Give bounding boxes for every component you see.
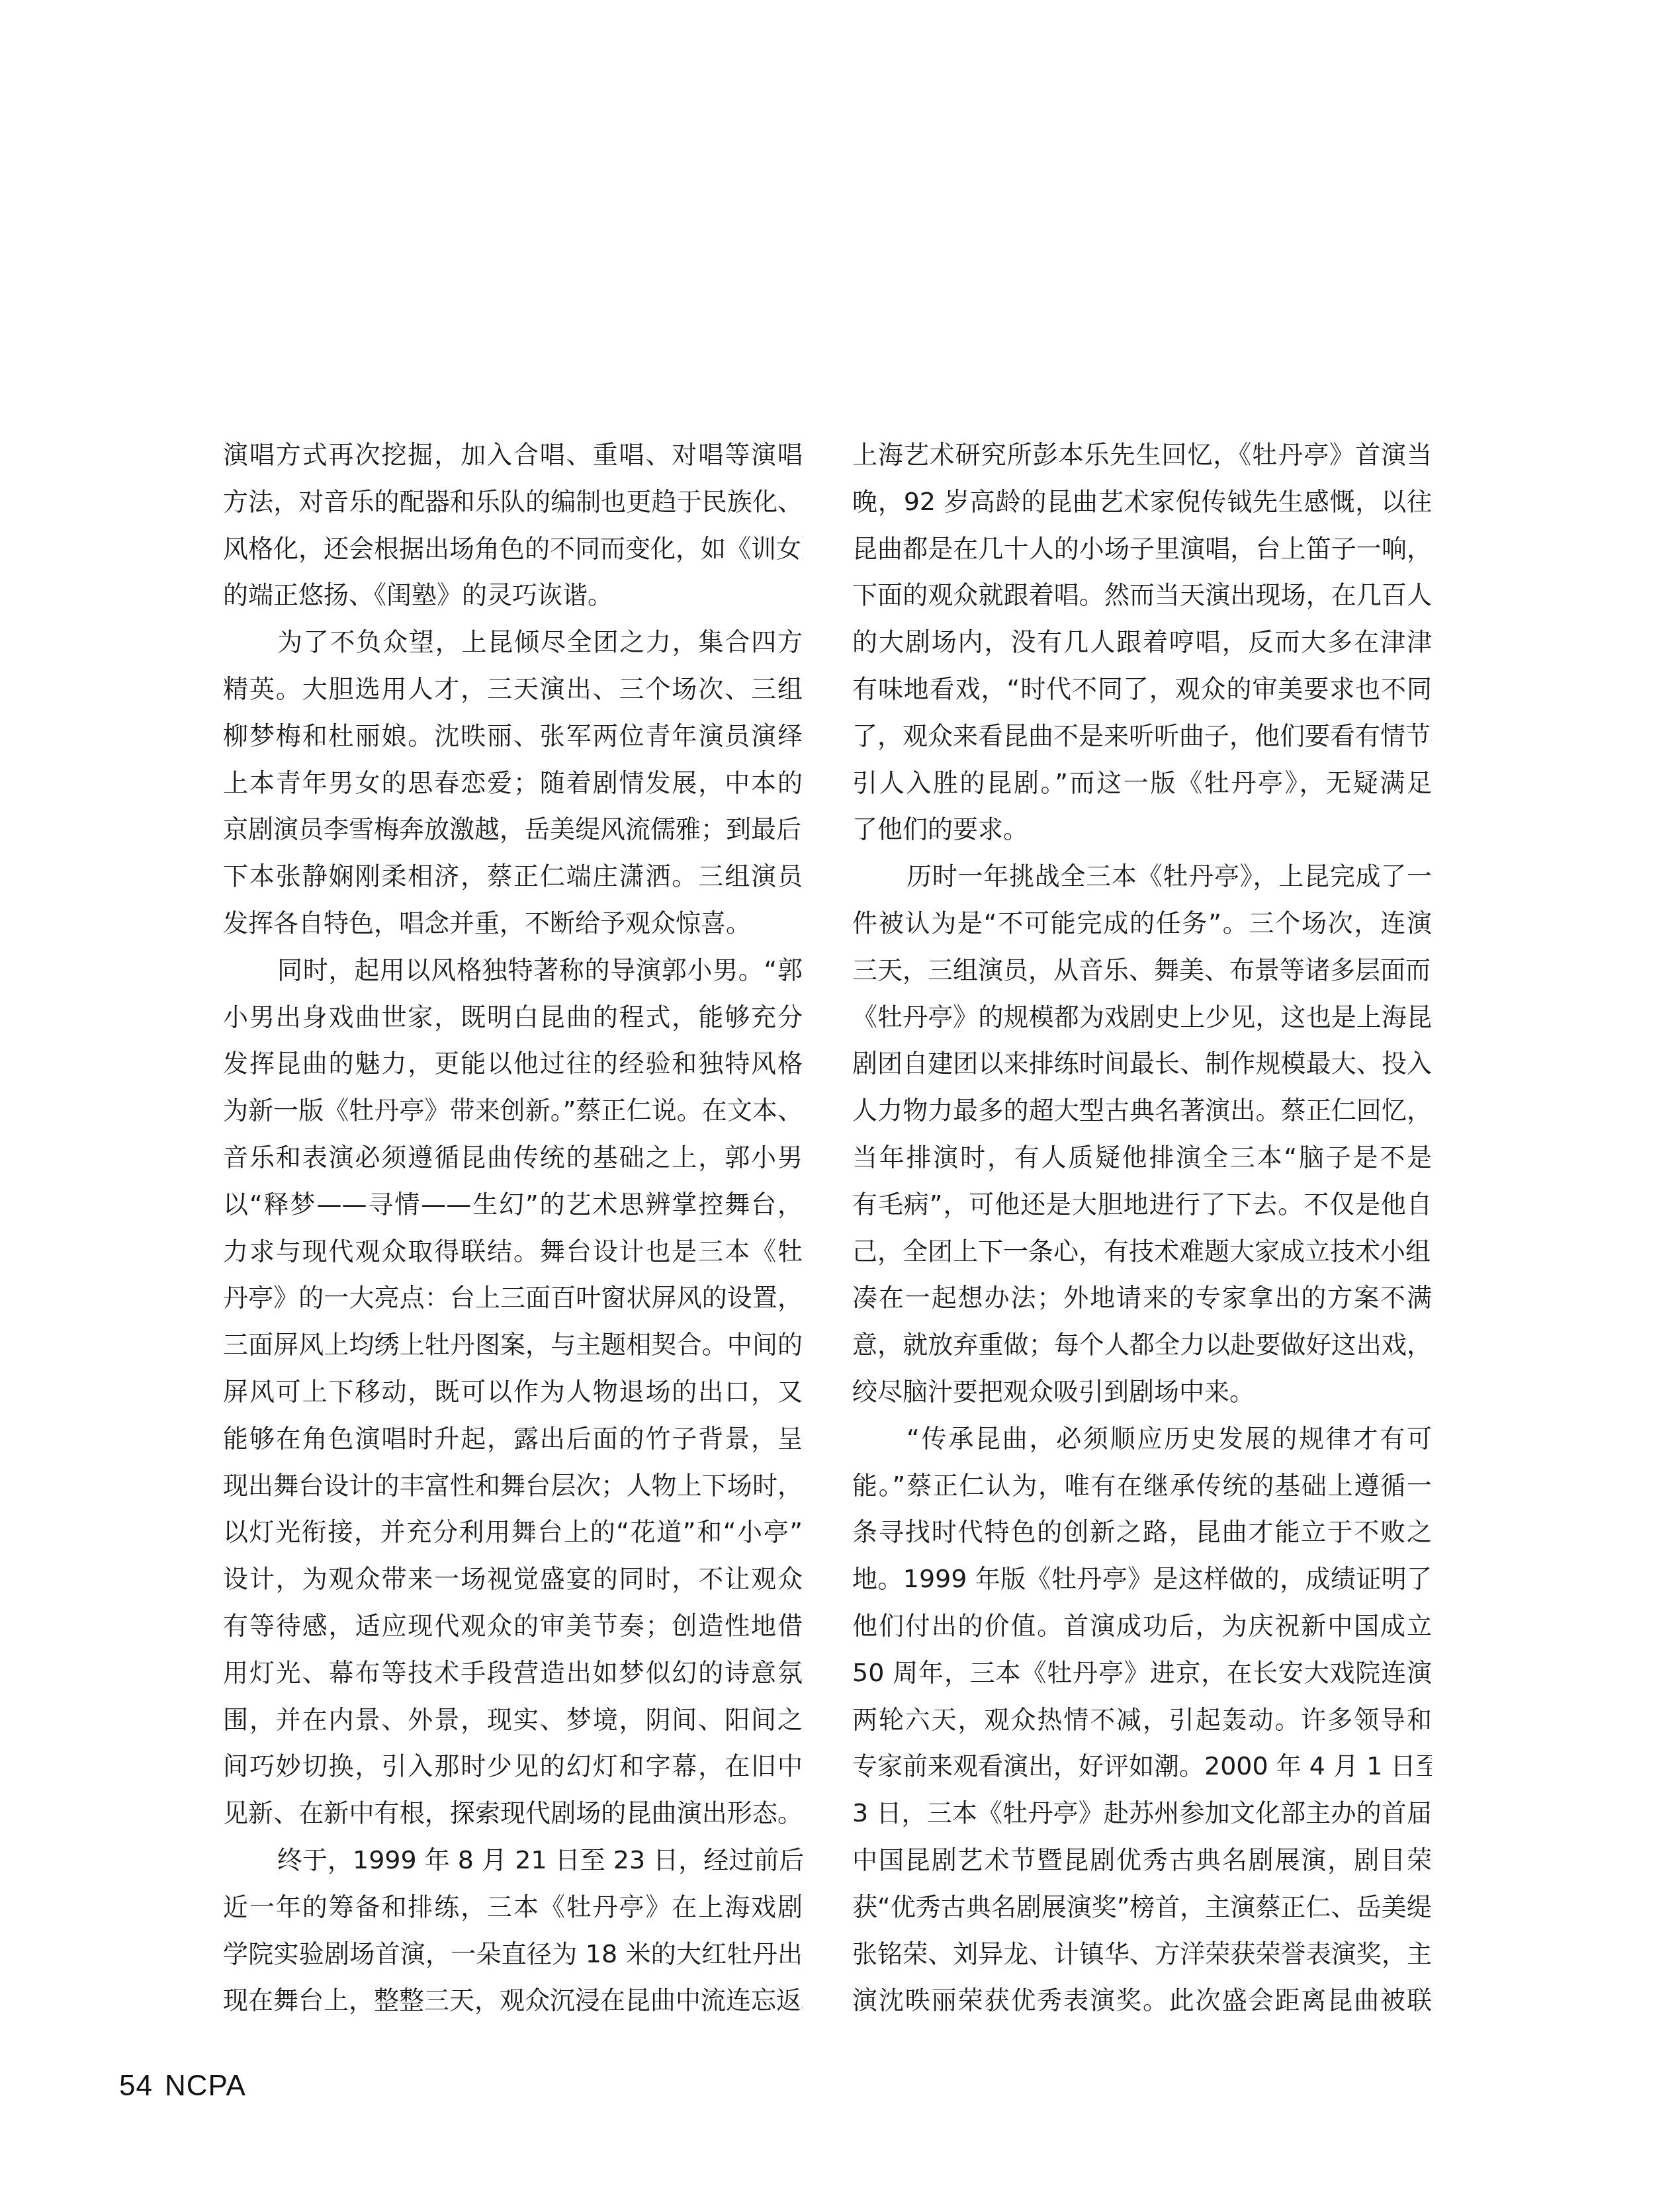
text-line: 精英。大胆选用人才，三天演出、三个场次、三组 xyxy=(223,666,803,713)
text-line: 晚，92 岁高龄的昆曲艺术家倪传钺先生感慨，以往 xyxy=(852,478,1432,525)
text-line: 为了不负众望，上昆倾尽全团之力，集合四方 xyxy=(223,619,803,666)
text-line: 柳梦梅和杜丽娘。沈昳丽、张军两位青年演员演绎 xyxy=(223,713,803,760)
text-line: 当年排演时，有人质疑他排演全三本“脑子是不是 xyxy=(852,1134,1432,1181)
page-number: 54 xyxy=(119,2070,153,2102)
text-line: 3 日，三本《牡丹亭》赴苏州参加文化部主办的首届 xyxy=(852,1790,1432,1837)
text-line: 用灯光、幕布等技术手段营造出如梦似幻的诗意氛 xyxy=(223,1649,803,1696)
text-line: 中国昆剧艺术节暨昆剧优秀古典名剧展演，剧目荣 xyxy=(852,1837,1432,1884)
text-line: 京剧演员李雪梅奔放激越，岳美缇风流儒雅；到最后， xyxy=(223,806,803,853)
text-line: 剧团自建团以来排练时间最长、制作规模最大、投入 xyxy=(852,1040,1432,1087)
text-line: 他们付出的价值。首演成功后，为庆祝新中国成立 xyxy=(852,1602,1432,1649)
text-line: 引人入胜的昆剧。”而这一版《牡丹亭》，无疑满足 xyxy=(852,760,1432,807)
text-line: 发挥各自特色，唱念并重，不断给予观众惊喜。 xyxy=(223,900,803,947)
text-line: “传承昆曲，必须顺应历史发展的规律才有可 xyxy=(852,1415,1432,1462)
text-line: 方法，对音乐的配器和乐队的编制也更趋于民族化、 xyxy=(223,478,803,525)
text-line: 地。1999 年版《牡丹亭》是这样做的，成绩证明了 xyxy=(852,1555,1432,1602)
text-line: 见新、在新中有根，探索现代剧场的昆曲演出形态。 xyxy=(223,1790,803,1837)
text-line: 为新一版《牡丹亭》带来创新。”蔡正仁说。在文本、 xyxy=(223,1087,803,1134)
text-line: 两轮六天，观众热情不减，引起轰动。许多领导和 xyxy=(852,1696,1432,1743)
text-line: 有等待感，适应现代观众的审美节奏；创造性地借 xyxy=(223,1602,803,1649)
text-line: 历时一年挑战全三本《牡丹亭》，上昆完成了一 xyxy=(852,853,1432,900)
right-text-column: 上海艺术研究所彭本乐先生回忆，《牡丹亭》首演当晚，92 岁高龄的昆曲艺术家倪传钺… xyxy=(852,431,1432,2024)
publication-name: NCPA xyxy=(165,2070,246,2102)
text-line: 演沈昳丽荣获优秀表演奖。此次盛会距离昆曲被联 xyxy=(852,1977,1432,2024)
text-line: 近一年的筹备和排练，三本《牡丹亭》在上海戏剧 xyxy=(223,1884,803,1931)
text-line: 张铭荣、刘异龙、计镇华、方洋荣获荣誉表演奖，主 xyxy=(852,1931,1432,1978)
text-line: 终于，1999 年 8 月 21 日至 23 日，经过前后 xyxy=(223,1837,803,1884)
text-line: 下面的观众就跟着唱。然而当天演出现场，在几百人 xyxy=(852,572,1432,619)
text-line: 上本青年男女的思春恋爱；随着剧情发展，中本的 xyxy=(223,760,803,807)
text-line: 上海艺术研究所彭本乐先生回忆，《牡丹亭》首演当 xyxy=(852,431,1432,478)
left-text-column: 演唱方式再次挖掘，加入合唱、重唱、对唱等演唱方法，对音乐的配器和乐队的编制也更趋… xyxy=(223,431,803,2024)
text-line: 50 周年，三本《牡丹亭》进京，在长安大戏院连演 xyxy=(852,1649,1432,1696)
text-line: 现出舞台设计的丰富性和舞台层次；人物上下场时， xyxy=(223,1462,803,1509)
magazine-page: 演唱方式再次挖掘，加入合唱、重唱、对唱等演唱方法，对音乐的配器和乐队的编制也更趋… xyxy=(0,0,1680,2188)
text-line: 三面屏风上均绣上牡丹图案，与主题相契合。中间的 xyxy=(223,1321,803,1368)
text-line: 人力物力最多的超大型古典名著演出。蔡正仁回忆， xyxy=(852,1087,1432,1134)
text-line: 围，并在内景、外景，现实、梦境，阴间、阳间之 xyxy=(223,1696,803,1743)
text-line: 学院实验剧场首演，一朵直径为 18 米的大红牡丹出 xyxy=(223,1931,803,1978)
text-line: 以灯光衔接，并充分利用舞台上的“花道”和“小亭” xyxy=(223,1509,803,1555)
text-line: 风格化，还会根据出场角色的不同而变化，如《训女》 xyxy=(223,525,803,572)
text-line: 了，观众来看昆曲不是来听听曲子，他们要看有情节、 xyxy=(852,713,1432,760)
text-line: 间巧妙切换，引入那时少见的幻灯和字幕，在旧中 xyxy=(223,1743,803,1790)
text-line: 以“释梦——寻情——生幻”的艺术思辨掌控舞台， xyxy=(223,1181,803,1228)
text-line: 了他们的要求。 xyxy=(852,806,1432,853)
text-line: 演唱方式再次挖掘，加入合唱、重唱、对唱等演唱 xyxy=(223,431,803,478)
text-line: 有毛病”，可他还是大胆地进行了下去。不仅是他自 xyxy=(852,1181,1432,1228)
text-line: 设计，为观众带来一场视觉盛宴的同时，不让观众 xyxy=(223,1555,803,1602)
page-footer: 54NCPA xyxy=(119,2070,246,2103)
text-line: 屏风可上下移动，既可以作为人物退场的出口，又 xyxy=(223,1368,803,1415)
text-line: 力求与现代观众取得联结。舞台设计也是三本《牡 xyxy=(223,1228,803,1275)
text-line: 《牡丹亭》的规模都为戏剧史上少见，这也是上海昆 xyxy=(852,994,1432,1041)
text-line: 有味地看戏，“时代不同了，观众的审美要求也不同 xyxy=(852,666,1432,713)
text-line: 同时，起用以风格独特著称的导演郭小男。“郭 xyxy=(223,947,803,994)
text-line: 能。”蔡正仁认为，唯有在继承传统的基础上遵循一 xyxy=(852,1462,1432,1509)
text-line: 音乐和表演必须遵循昆曲传统的基础之上，郭小男 xyxy=(223,1134,803,1181)
text-line: 现在舞台上，整整三天，观众沉浸在昆曲中流连忘返。 xyxy=(223,1977,803,2024)
text-line: 专家前来观看演出，好评如潮。2000 年 4 月 1 日至 xyxy=(852,1743,1432,1790)
text-line: 丹亭》的一大亮点：台上三面百叶窗状屏风的设置， xyxy=(223,1274,803,1321)
text-line: 的大剧场内，没有几人跟着哼唱，反而大多在津津 xyxy=(852,619,1432,666)
text-line: 件被认为是“不可能完成的任务”。三个场次，连演 xyxy=(852,900,1432,947)
text-line: 小男出身戏曲世家，既明白昆曲的程式，能够充分 xyxy=(223,994,803,1041)
text-line: 凑在一起想办法；外地请来的专家拿出的方案不满 xyxy=(852,1274,1432,1321)
text-line: 发挥昆曲的魅力，更能以他过往的经验和独特风格 xyxy=(223,1040,803,1087)
text-line: 获“优秀古典名剧展演奖”榜首，主演蔡正仁、岳美缇、 xyxy=(852,1884,1432,1931)
text-line: 能够在角色演唱时升起，露出后面的竹子背景，呈 xyxy=(223,1415,803,1462)
text-line: 昆曲都是在几十人的小场子里演唱，台上笛子一响， xyxy=(852,525,1432,572)
text-line: 己，全团上下一条心，有技术难题大家成立技术小组， xyxy=(852,1228,1432,1275)
text-line: 意，就放弃重做；每个人都全力以赴要做好这出戏， xyxy=(852,1321,1432,1368)
text-line: 的端正悠扬、《闺塾》的灵巧诙谐。 xyxy=(223,572,803,619)
text-line: 下本张静娴刚柔相济，蔡正仁端庄潇洒。三组演员 xyxy=(223,853,803,900)
text-line: 条寻找时代特色的创新之路，昆曲才能立于不败之 xyxy=(852,1509,1432,1555)
text-line: 三天，三组演员，从音乐、舞美、布景等诸多层面而言， xyxy=(852,947,1432,994)
text-line: 绞尽脑汁要把观众吸引到剧场中来。 xyxy=(852,1368,1432,1415)
